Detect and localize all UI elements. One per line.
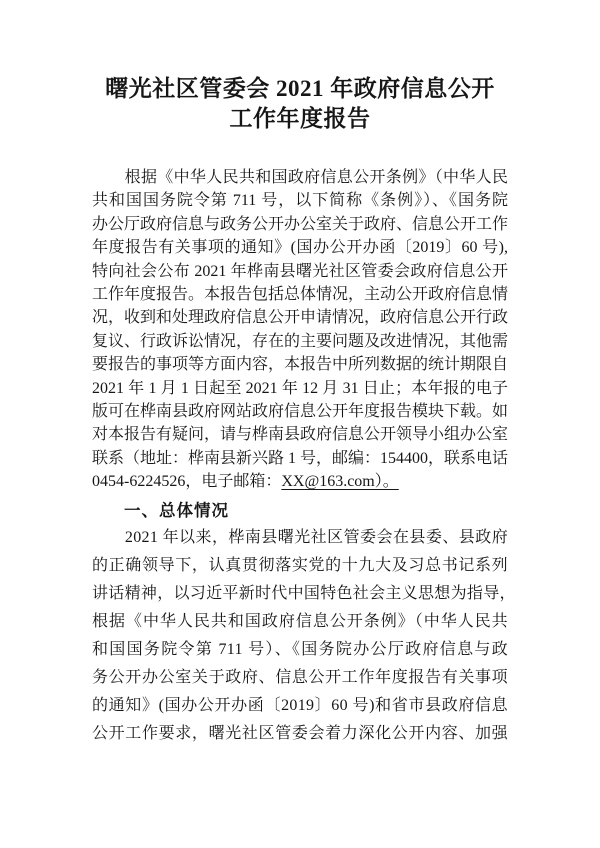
intro-line: 2021 年 1 月 1 日起至 2021 年 12 月 31 日止；本年报的电… xyxy=(92,377,508,400)
overview-line: 2021 年以来，桦南县曙光社区管委会在县委、县政府 xyxy=(92,524,508,552)
overview-line: 根据《中华人民共和国政府信息公开条例》（中华人民共 xyxy=(92,608,508,636)
overview-line: 务公开办公室关于政府、信息公开工作年度报告有关事项 xyxy=(92,664,508,692)
document-body: 根据《中华人民共和国政府信息公开条例》（中华人民 共和国国务院令第 711 号，… xyxy=(92,166,508,748)
overview-line: 公开工作要求，曙光社区管委会着力深化公开内容、加强 xyxy=(92,720,508,748)
document-title: 曙光社区管委会 2021 年政府信息公开 工作年度报告 xyxy=(0,74,600,134)
intro-line: 要报告的事项等方面内容，本报告中所列数据的统计期限自 xyxy=(92,353,508,376)
document-title-line1: 曙光社区管委会 2021 年政府信息公开 xyxy=(0,74,600,104)
intro-line: 版可在桦南县政府网站政府信息公开年度报告模块下载。如 xyxy=(92,400,508,423)
overview-line: 和国国务院令第 711 号）、《国务院办公厅政府信息与政 xyxy=(92,636,508,664)
email-link[interactable]: XX@163.com）。 xyxy=(281,473,398,490)
contact-line-prefix: 0454-6224526，电子邮箱： xyxy=(92,473,281,490)
section-heading: 一、总体情况 xyxy=(92,499,508,523)
intro-line: 复议、行政诉讼情况，存在的主要问题及改进情况，其他需 xyxy=(92,330,508,353)
overview-line: 的正确领导下，认真贯彻落实党的十九大及习总书记系列 xyxy=(92,552,508,580)
intro-line: 工作年度报告。本报告包括总体情况，主动公开政府信息情 xyxy=(92,283,508,306)
paragraph-intro: 根据《中华人民共和国政府信息公开条例》（中华人民 共和国国务院令第 711 号，… xyxy=(92,166,508,494)
document-title-line2: 工作年度报告 xyxy=(0,104,600,134)
intro-line: 办公厅政府信息与政务公开办公室关于政府、信息公开工作 xyxy=(92,213,508,236)
intro-line: 根据《中华人民共和国政府信息公开条例》（中华人民 xyxy=(92,166,508,189)
document-page: 曙光社区管委会 2021 年政府信息公开 工作年度报告 根据《中华人民共和国政府… xyxy=(0,0,600,848)
paragraph-overview: 2021 年以来，桦南县曙光社区管委会在县委、县政府 的正确领导下，认真贯彻落实… xyxy=(92,524,508,748)
intro-line: 共和国国务院令第 711 号，以下简称《条例》）、《国务院 xyxy=(92,189,508,212)
intro-line: 特向社会公布 2021 年桦南县曙光社区管委会政府信息公开 xyxy=(92,260,508,283)
intro-line: 年度报告有关事项的通知》(国办公开办函〔2019〕60 号), xyxy=(92,236,508,259)
intro-line: 况，收到和处理政府信息公开申请情况，政府信息公开行政 xyxy=(92,306,508,329)
intro-line: 对本报告有疑问，请与桦南县政府信息公开领导小组办公室 xyxy=(92,423,508,446)
intro-line: 联系（地址：桦南县新兴路 1 号，邮编：154400，联系电话 xyxy=(92,447,508,470)
contact-line: 0454-6224526，电子邮箱：XX@163.com）。 xyxy=(92,470,508,493)
overview-line: 讲话精神，以习近平新时代中国特色社会主义思想为指导， xyxy=(92,580,508,608)
overview-line: 的通知》(国办公开办函〔2019〕60 号)和省市县政府信息 xyxy=(92,692,508,720)
